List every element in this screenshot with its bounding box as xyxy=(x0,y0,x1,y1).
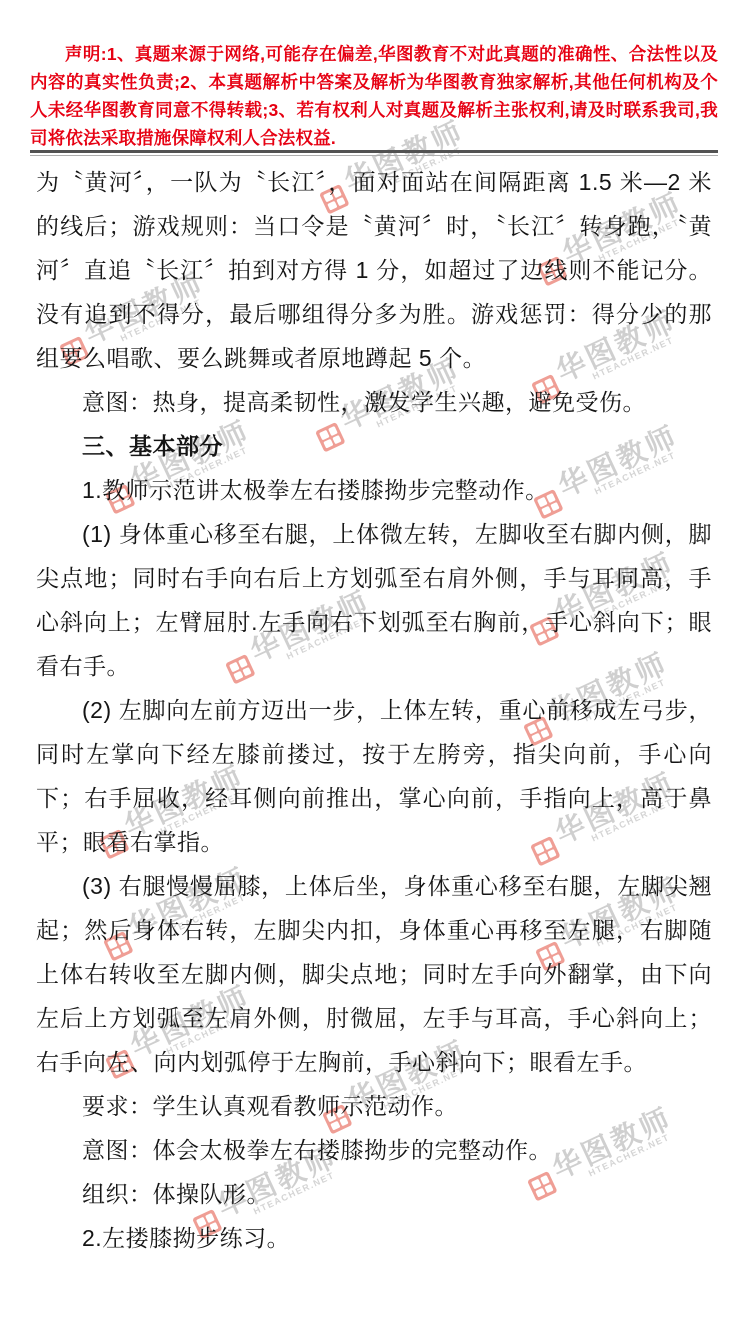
disclaimer-label: 声明: xyxy=(65,44,107,64)
paragraph: (2) 左脚向左前方迈出一步，上体左转，重心前移成左弓步，同时左掌向下经左膝前搂… xyxy=(36,688,712,864)
paragraph: 意图：体会太极拳左右搂膝拗步的完整动作。 xyxy=(36,1128,712,1172)
disclaimer: 声明:1、真题来源于网络,可能存在偏差,华图教育不对此真题的准确性、合法性以及内… xyxy=(30,40,718,152)
paragraph: 要求：学生认真观看教师示范动作。 xyxy=(36,1084,712,1128)
paragraph: 三、基本部分 xyxy=(36,424,712,468)
paragraph: (3) 右腿慢慢屈膝，上体后坐，身体重心移至右腿，左脚尖翘起；然后身体右转，左脚… xyxy=(36,864,712,1084)
document-page: 华图教师HTEACHER.NET华图教师HTEACHER.NET华图教师HTEA… xyxy=(0,0,748,1335)
paragraph: 2.左搂膝拗步练习。 xyxy=(36,1216,712,1260)
document-body: 为〝黄河〞，一队为〝长江〞，面对面站在间隔距离 1.5 米—2 米的线后；游戏规… xyxy=(36,160,712,1260)
paragraph: 组织：体操队形。 xyxy=(36,1172,712,1216)
paragraph: (1) 身体重心移至右腿，上体微左转，左脚收至右脚内侧，脚尖点地；同时右手向右后… xyxy=(36,512,712,688)
separator-rule xyxy=(30,150,718,156)
paragraph: 意图：热身，提高柔韧性，激发学生兴趣，避免受伤。 xyxy=(36,380,712,424)
disclaimer-text: 1、真题来源于网络,可能存在偏差,华图教育不对此真题的准确性、合法性以及内容的真… xyxy=(30,44,718,148)
paragraph: 1.教师示范讲太极拳左右搂膝拗步完整动作。 xyxy=(36,468,712,512)
paragraph: 为〝黄河〞，一队为〝长江〞，面对面站在间隔距离 1.5 米—2 米的线后；游戏规… xyxy=(36,160,712,380)
